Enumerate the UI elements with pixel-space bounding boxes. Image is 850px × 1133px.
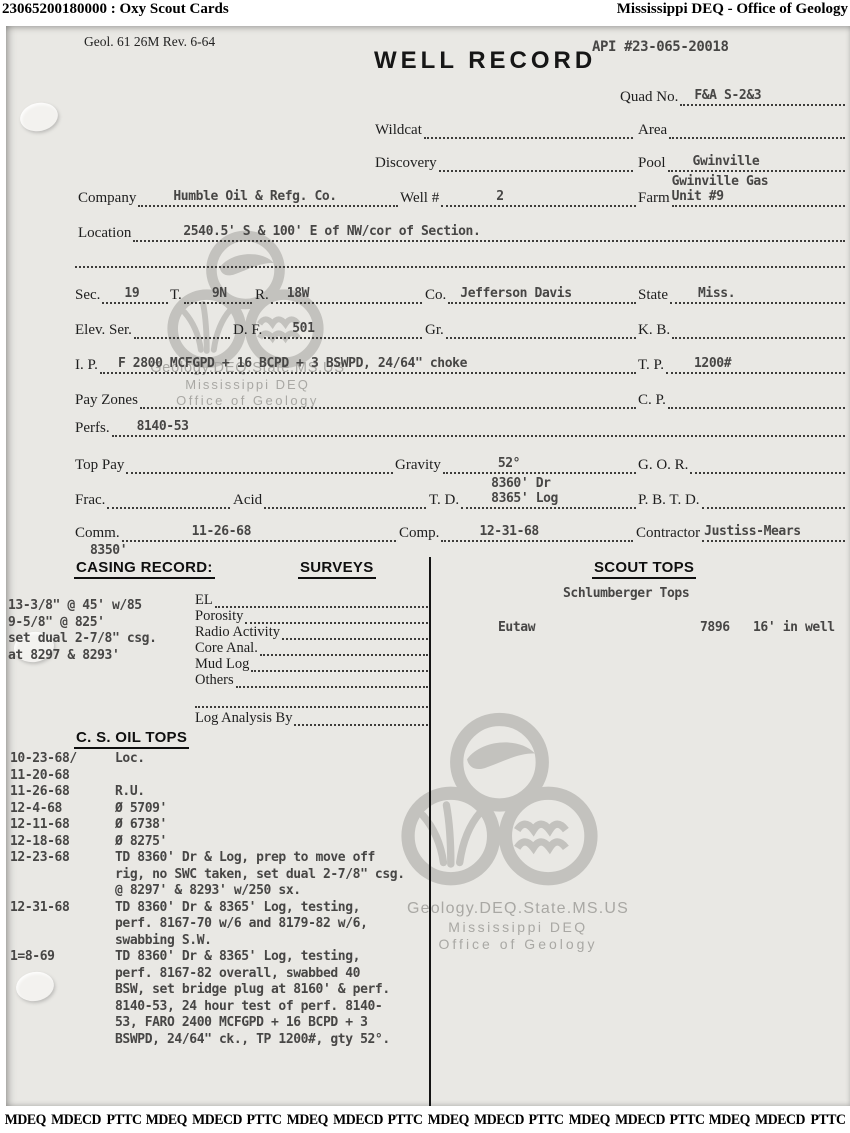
casing-record-heading: CASING RECORD:	[74, 559, 215, 579]
casing-record-text: 13-3/8" @ 45' w/85 9-5/8" @ 825' set dua…	[8, 598, 157, 664]
field-tubing-pressure: T. P. 1200#	[638, 352, 845, 374]
field-range: R. 18W	[255, 282, 422, 304]
cs-oil-tops-heading: C. S. OIL TOPS	[74, 729, 189, 749]
location-value: 2540.5' S & 100' E of NW/cor of Section.	[183, 224, 480, 239]
field-initial-potential: I. P. F 2800 MCFGPD + 16 BCPD + 3 BSWPD,…	[75, 352, 636, 374]
waves-glyph	[517, 824, 566, 848]
field-elev-ser: Elev. Ser.	[75, 317, 230, 339]
survey-row-blank	[195, 692, 428, 708]
tubing-pressure-value: 1200#	[694, 356, 731, 371]
surveys-heading: SURVEYS	[298, 559, 376, 579]
log-entry: 11-20-68	[10, 768, 434, 785]
completed-value: 12-31-68	[479, 524, 538, 539]
field-discovery: Discovery	[375, 150, 633, 172]
farm-value-line1: Gwinville Gas	[672, 175, 769, 190]
scout-top-depth: 7896	[700, 620, 730, 635]
drilling-log-entries: 10-23-68/ Loc. 11-20-68 11-26-68 R.U. 12…	[10, 751, 434, 1048]
field-pbtd: P. B. T. D.	[638, 487, 845, 509]
log-entry: 1=8-69 TD 8360' Dr & 8365' Log, testing,…	[10, 949, 434, 1048]
field-acid: Acid	[233, 487, 426, 509]
footer-org-tokens: MDEQ MDECD PTTC MDEQ MDECD PTTC MDEQ MDE…	[0, 1106, 850, 1129]
field-pool: Pool Gwinville	[638, 150, 845, 172]
viewer-footer-bar: MDEQ MDECD PTTC MDEQ MDECD PTTC MDEQ MDE…	[0, 1106, 850, 1133]
survey-row-others: Others	[195, 672, 428, 688]
field-perfs: Perfs. 8140-53	[75, 415, 845, 437]
section-divider-rule	[75, 246, 845, 268]
log-entry: 12-23-68 TD 8360' Dr & Log, prep to move…	[10, 850, 434, 900]
form-title: WELL RECORD	[374, 47, 596, 75]
field-gravity: Gravity 52°	[395, 452, 636, 474]
section-value: 19	[124, 286, 139, 301]
field-quad-no: Quad No. F&A S-2&3	[620, 84, 845, 106]
field-company: Company Humble Oil & Refg. Co.	[78, 185, 398, 207]
field-ground: Gr.	[425, 317, 636, 339]
field-well-number: Well # 2	[400, 185, 636, 207]
total-depth-logged: 8365' Log	[491, 492, 558, 507]
field-top-pay: Top Pay	[75, 452, 393, 474]
field-gor: G. O. R.	[638, 452, 845, 474]
quad-no-value: F&A S-2&3	[694, 88, 761, 103]
commenced-depth-note: 8350'	[90, 543, 127, 558]
range-value: 18W	[287, 286, 309, 301]
bird-swoosh-glyph	[467, 742, 535, 769]
scout-top-note: 16' in well	[753, 620, 835, 635]
log-entry: 12-4-68 Ø 5709'	[10, 801, 434, 818]
api-number: API #23-065-20018	[592, 39, 729, 55]
contractor-value: Justiss-Mears	[704, 524, 801, 539]
pool-value: Gwinville	[693, 154, 760, 169]
log-entry: 12-11-68 Ø 6738'	[10, 817, 434, 834]
initial-potential-value: F 2800 MCFGPD + 16 BCPD + 3 BSWPD, 24/64…	[118, 356, 467, 371]
county-value: Jefferson Davis	[460, 286, 571, 301]
agency-title: Mississippi DEQ - Office of Geology	[617, 1, 848, 18]
derrick-floor-value: 501	[292, 321, 314, 336]
field-kelly-bushing: K. B.	[638, 317, 845, 339]
field-area: Area	[638, 117, 845, 139]
field-location: Location 2540.5' S & 100' E of NW/cor of…	[78, 220, 845, 242]
log-entry: 12-18-68 Ø 8275'	[10, 834, 434, 851]
field-casing-pressure: C. P.	[638, 387, 845, 409]
scout-tops-source: Schlumberger Tops	[563, 586, 689, 601]
field-state: State Miss.	[638, 282, 845, 304]
field-farm: Farm Gwinville Gas Unit #9	[638, 185, 845, 207]
well-number-value: 2	[496, 189, 503, 204]
survey-row-log-analysis: Log Analysis By	[195, 710, 428, 726]
field-derrick-floor: D. F. 501	[233, 317, 422, 339]
field-contractor: Contractor Justiss-Mears	[636, 520, 845, 542]
log-entry: 11-26-68 R.U.	[10, 784, 434, 801]
scout-tops-heading: SCOUT TOPS	[592, 559, 696, 579]
field-total-depth: T. D. 8360' Dr 8365' Log	[429, 487, 636, 509]
company-value: Humble Oil & Refg. Co.	[173, 189, 336, 204]
field-pay-zones: Pay Zones	[75, 387, 636, 409]
farm-value-line2: Unit #9	[672, 190, 769, 205]
total-depth-drilled: 8360' Dr	[491, 477, 558, 492]
field-township: T. 9N	[170, 282, 252, 304]
field-completed: Comp. 12-31-68	[399, 520, 633, 542]
field-frac: Frac.	[75, 487, 230, 509]
field-section: Sec. 19	[75, 282, 168, 304]
form-revision-note: Geol. 61 26M Rev. 6-64	[84, 34, 215, 50]
field-county: Co. Jefferson Davis	[425, 282, 636, 304]
document-id-title: 23065200180000 : Oxy Scout Cards	[2, 1, 229, 18]
commenced-value: 11-26-68	[192, 524, 251, 539]
log-entry: 12-31-68 TD 8360' Dr & 8365' Log, testin…	[10, 900, 434, 950]
field-commenced: Comm. 11-26-68	[75, 520, 396, 542]
log-entry: 10-23-68/ Loc.	[10, 751, 434, 768]
viewer-header-bar: 23065200180000 : Oxy Scout Cards Mississ…	[0, 0, 850, 26]
field-wildcat: Wildcat	[375, 117, 633, 139]
scout-top-formation-name: Eutaw	[498, 620, 535, 635]
township-value: 9N	[212, 286, 227, 301]
gravity-value: 52°	[498, 456, 520, 471]
perfs-value: 8140-53	[137, 419, 189, 434]
state-value: Miss.	[698, 286, 735, 301]
